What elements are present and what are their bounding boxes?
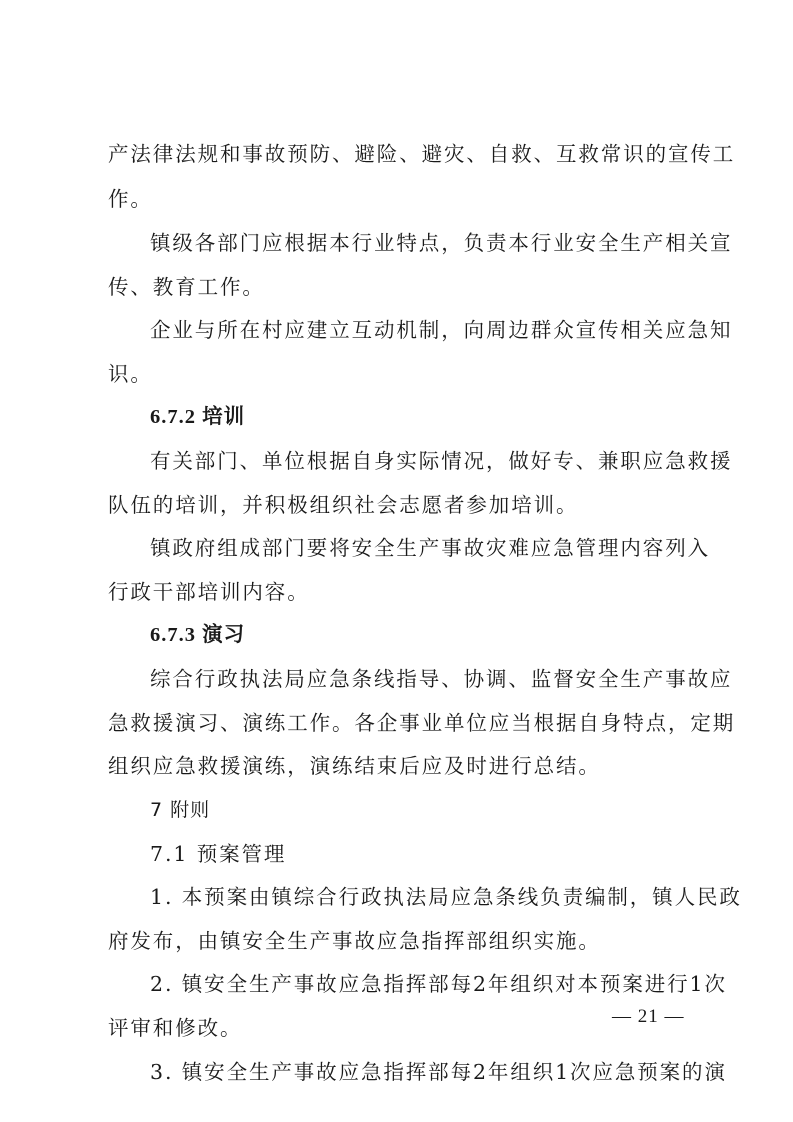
section-heading: 6.7.2 培训 bbox=[150, 403, 245, 431]
paragraph-line: 镇级各部门应根据本行业特点，负责本行业安全生产相关宣 bbox=[150, 229, 732, 257]
section-heading: 7 附则 bbox=[150, 796, 210, 824]
paragraph-line: 综合行政执法局应急条线指导、协调、监督安全生产事故应 bbox=[150, 665, 732, 693]
paragraph-line: 组织应急救援演练，演练结束后应及时进行总结。 bbox=[108, 752, 601, 780]
paragraph-line: 3. 镇安全生产事故应急指挥部每2年组织1次应急预案的演 bbox=[150, 1058, 727, 1086]
paragraph-line: 有关部门、单位根据自身实际情况，做好专、兼职应急救援 bbox=[150, 447, 732, 475]
paragraph-line: 1. 本预案由镇综合行政执法局应急条线负责编制，镇人民政 bbox=[150, 883, 742, 911]
page-number: — 21 — bbox=[612, 1006, 685, 1028]
paragraph-line: 企业与所在村应建立互动机制，向周边群众宣传相关应急知 bbox=[150, 316, 732, 344]
paragraph-line: 作。 bbox=[108, 185, 153, 213]
paragraph-line: 传、教育工作。 bbox=[108, 273, 265, 301]
paragraph-line: 府发布，由镇安全生产事故应急指挥部组织实施。 bbox=[108, 927, 601, 955]
paragraph-line: 镇政府组成部门要将安全生产事故灾难应急管理内容列入 bbox=[150, 534, 710, 562]
paragraph-line: 产法律法规和事故预防、避险、避灾、自救、互救常识的宣传工 bbox=[108, 140, 735, 168]
paragraph-line: 识。 bbox=[108, 360, 153, 388]
paragraph-line: 评审和修改。 bbox=[108, 1014, 242, 1042]
paragraph-line: 行政干部培训内容。 bbox=[108, 578, 310, 606]
paragraph-line: 7.1 预案管理 bbox=[150, 840, 286, 868]
paragraph-line: 2. 镇安全生产事故应急指挥部每2年组织对本预案进行1次 bbox=[150, 970, 727, 998]
section-heading: 6.7.3 演习 bbox=[150, 621, 245, 649]
paragraph-line: 队伍的培训，并积极组织社会志愿者参加培训。 bbox=[108, 491, 578, 519]
paragraph-line: 急救援演习、演练工作。各企事业单位应当根据自身特点，定期 bbox=[108, 709, 735, 737]
